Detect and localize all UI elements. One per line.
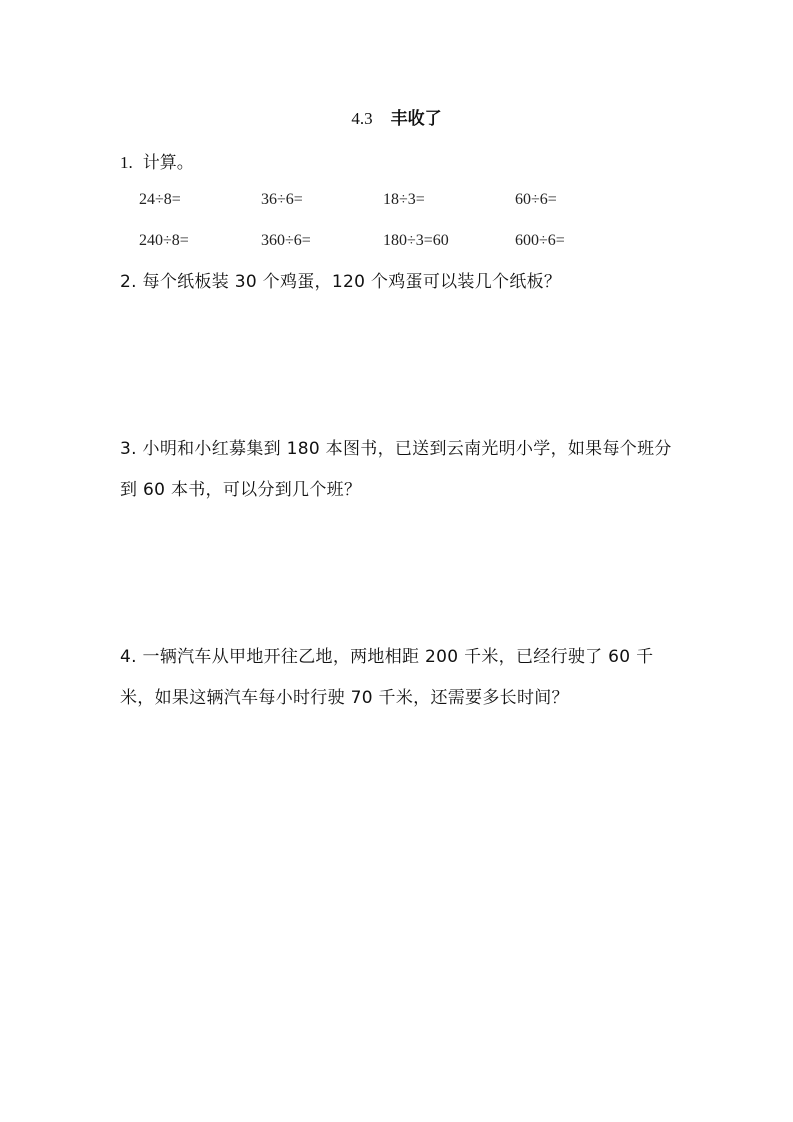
question-label: 计算。 — [143, 153, 194, 173]
question-number: 1. — [120, 153, 133, 172]
calc-item: 60÷6= — [515, 191, 557, 209]
problem-4: 4. 一辆汽车从甲地开往乙地，两地相距 200 千米，已经行驶了 60 千米，如… — [120, 637, 680, 719]
title-number: 4.3 — [351, 109, 372, 128]
calc-item: 180÷3=60 — [383, 232, 449, 250]
calc-item: 240÷8= — [139, 232, 189, 250]
problem-2: 2. 每个纸板装 30 个鸡蛋，120 个鸡蛋可以装几个纸板？ — [120, 262, 680, 303]
page-title: 4.3丰收了 — [0, 104, 793, 129]
calc-item: 18÷3= — [383, 191, 425, 209]
calc-item: 360÷6= — [261, 232, 311, 250]
calc-item: 24÷8= — [139, 191, 181, 209]
calc-item: 36÷6= — [261, 191, 303, 209]
calc-item: 600÷6= — [515, 232, 565, 250]
title-text: 丰收了 — [391, 109, 442, 129]
question-1-heading: 1.计算。 — [120, 148, 194, 173]
problem-3: 3. 小明和小红募集到 180 本图书，已送到云南光明小学，如果每个班分到 60… — [120, 429, 680, 511]
